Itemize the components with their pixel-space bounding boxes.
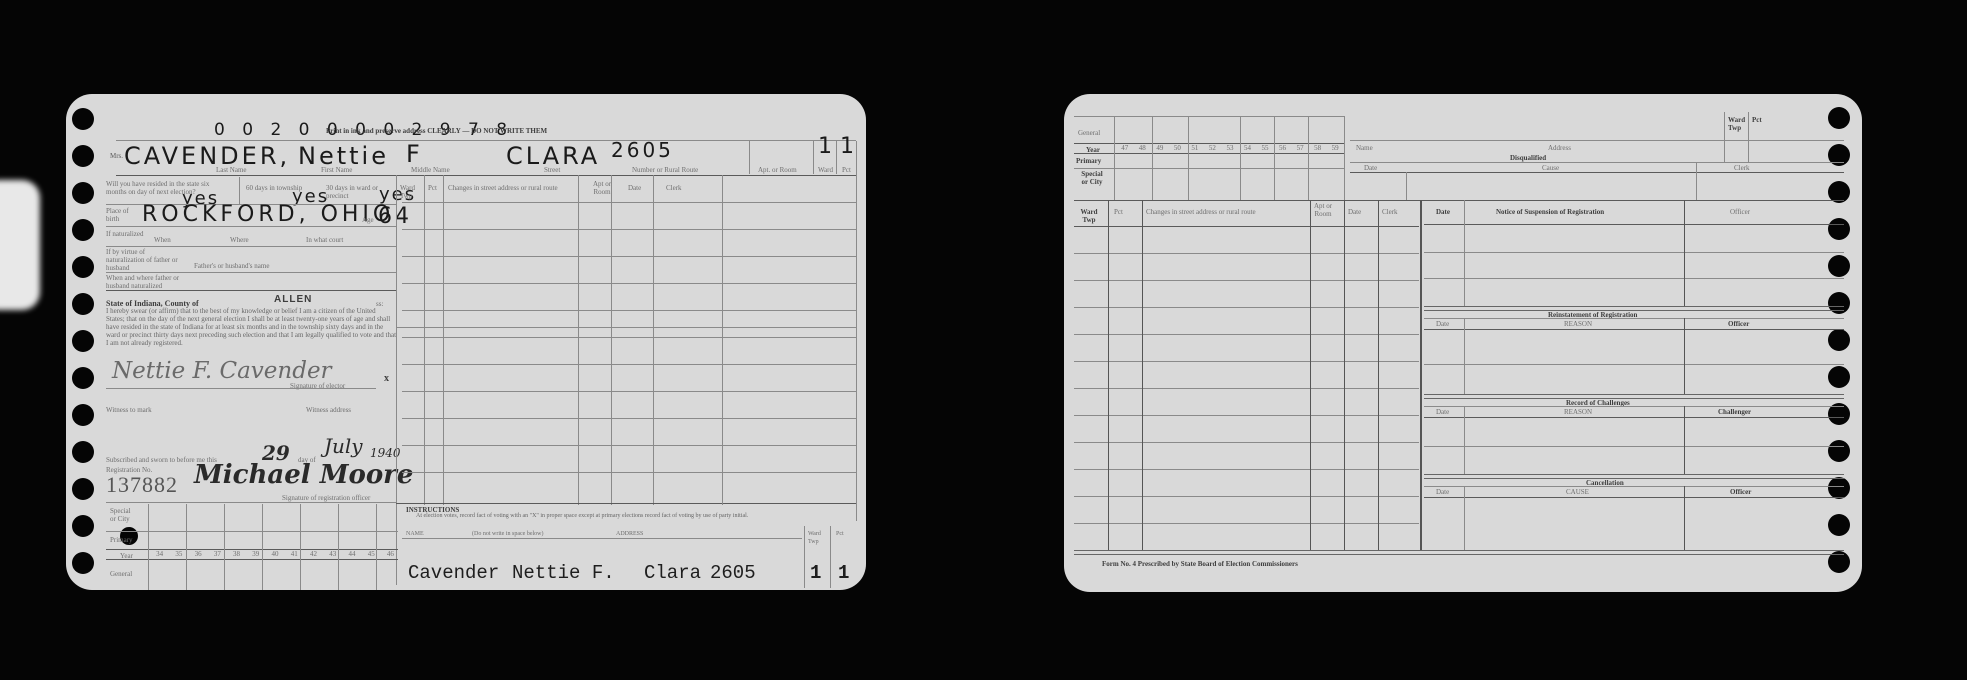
- back-changes-header-date: Date: [1348, 208, 1361, 216]
- year-cell: 48: [1134, 144, 1152, 152]
- grid-label-primary: Primary: [110, 536, 133, 544]
- label-first-name: First Name: [321, 166, 352, 174]
- label-naturalized-court: In what court: [306, 236, 343, 244]
- adjacent-card-fragment: [0, 180, 40, 310]
- bottom-label-pct: Pct: [836, 530, 844, 538]
- back-changes-header-ward: Ward Twp: [1078, 208, 1100, 224]
- label-place-of-birth: Place of birth: [106, 207, 136, 223]
- label-pct: Pct: [842, 166, 851, 174]
- changes-header-pct: Pct: [428, 184, 437, 192]
- transfer-label-ward: Ward Twp: [1728, 116, 1748, 132]
- suspension-header-notice: Notice of Suspension of Registration: [1496, 208, 1604, 216]
- title-prefix: Mrs.: [110, 152, 123, 161]
- changes-header-clerk: Clerk: [666, 184, 682, 192]
- changes-header-apt: Apt or Room: [592, 180, 612, 196]
- back-grid-label-special: Special or City: [1080, 170, 1104, 186]
- back-changes-header-address: Changes in street address or rural route: [1146, 208, 1256, 216]
- back-grid-label-primary: Primary: [1076, 157, 1101, 165]
- year-cell: 52: [1204, 144, 1222, 152]
- label-witness-to-mark: Witness to mark: [106, 406, 152, 414]
- year-cell: 34: [150, 550, 169, 558]
- elector-signature: Nettie F. Cavender: [112, 358, 332, 384]
- label-number: Number or Rural Route: [632, 166, 698, 174]
- year-cell: 57: [1291, 144, 1309, 152]
- pct-value: 1: [840, 134, 857, 159]
- grid-label-general: General: [110, 570, 132, 578]
- year-cell: 40: [265, 550, 284, 558]
- typed-number: 2605: [710, 562, 756, 584]
- ward-value: 1: [818, 134, 835, 159]
- year-cell: 42: [304, 550, 323, 558]
- typed-first-name: Nettie F.: [512, 562, 615, 584]
- typed-street: Clara: [644, 562, 701, 584]
- bottom-label-note: (Do not write in space below): [472, 530, 543, 538]
- transfer-label-date: Date: [1364, 164, 1377, 172]
- house-number-value: 2605: [611, 138, 674, 162]
- year-cell: 56: [1274, 144, 1292, 152]
- year-cell: 46: [381, 550, 400, 558]
- reinstatement-header-date: Date: [1436, 320, 1449, 328]
- changes-header-address: Changes in street address or rural route: [448, 184, 558, 192]
- signature-mark-x: x: [384, 374, 389, 383]
- registration-officer-signature: Michael Moore: [194, 460, 413, 490]
- last-name-value: CAVENDER,: [124, 142, 290, 170]
- back-changes-header-clerk: Clerk: [1382, 208, 1398, 216]
- front-registration-card: 0 0 2 0 0 0 0 2 9 7 8 Print in ink and p…: [66, 94, 866, 590]
- suspension-header-officer: Officer: [1730, 208, 1750, 216]
- year-cell: 58: [1309, 144, 1327, 152]
- label-last-name: Last Name: [216, 166, 247, 174]
- year-cell: 38: [227, 550, 246, 558]
- year-cell: 53: [1221, 144, 1239, 152]
- registration-number: 137882: [106, 472, 178, 498]
- label-naturalized-where: Where: [230, 236, 249, 244]
- middle-name-value: F: [406, 140, 423, 168]
- label-father-naturalized-when-where: When and where father or husband natural…: [106, 274, 201, 290]
- bottom-label-address: ADDRESS: [616, 530, 643, 538]
- label-registration-officer: Signature of registration officer: [282, 494, 370, 502]
- transfer-label-pct: Pct: [1752, 116, 1762, 124]
- oath-text: I hereby swear (or affirm) that to the b…: [106, 307, 396, 347]
- label-street: Street: [544, 166, 560, 174]
- changes-header-ward: Ward Twp: [400, 184, 424, 200]
- cancellation-header-cause: CAUSE: [1566, 488, 1589, 496]
- transfer-label-address: Address: [1548, 144, 1571, 152]
- label-middle-name: Middle Name: [411, 166, 450, 174]
- label-father-husband-name: Father's or husband's name: [194, 262, 269, 270]
- year-cell: 54: [1239, 144, 1257, 152]
- back-grid-years: 47 48 49 50 51 52 53 54 55 56 57 58 59: [1116, 144, 1344, 152]
- place-of-birth-value: ROCKFORD, OHIO: [142, 202, 394, 227]
- form-footer: Form No. 4 Prescribed by State Board of …: [1102, 560, 1298, 569]
- back-changes-header-apt: Apt or Room: [1312, 202, 1334, 218]
- year-cell: 44: [342, 550, 361, 558]
- year-cell: 50: [1169, 144, 1187, 152]
- bottom-label-ward: Ward Twp: [808, 530, 826, 546]
- reinstatement-header-reason: REASON: [1564, 320, 1592, 328]
- instructions-text: At election votes, record fact of voting…: [416, 513, 826, 520]
- year-cell: 49: [1151, 144, 1169, 152]
- transfer-label-name: Name: [1356, 144, 1373, 152]
- changes-header-date: Date: [628, 184, 641, 192]
- transfer-label-disqualified: Disqualified: [1510, 154, 1546, 162]
- year-cell: 55: [1256, 144, 1274, 152]
- grid-label-special: Special or City: [110, 507, 134, 523]
- reinstatement-header-officer: Officer: [1728, 320, 1749, 328]
- label-apt: Apt. or Room: [758, 166, 797, 174]
- label-age: Age: [362, 216, 374, 224]
- bottom-label-name: NAME: [406, 530, 424, 538]
- year-cell: 43: [323, 550, 342, 558]
- label-derivative-naturalization: If by virtue of naturalization of father…: [106, 248, 181, 272]
- front-grid-years: 34 35 36 37 38 39 40 41 42 43 44 45 46: [150, 550, 400, 558]
- label-naturalized-when: When: [154, 236, 171, 244]
- label-if-naturalized: If naturalized: [106, 230, 144, 238]
- challenges-header-reason: REASON: [1564, 408, 1592, 416]
- header-instruction: Print in ink and preserve address CLEARL…: [326, 127, 547, 136]
- back-grid-label-general: General: [1078, 129, 1100, 137]
- year-cell: 45: [362, 550, 381, 558]
- subscribed-month: July: [324, 434, 363, 458]
- back-changes-header-pct: Pct: [1114, 208, 1123, 216]
- cancellation-header-date: Date: [1436, 488, 1449, 496]
- transfer-label-cause: Cause: [1542, 164, 1559, 172]
- transfer-label-clerk: Clerk: [1734, 164, 1750, 172]
- year-cell: 59: [1326, 144, 1344, 152]
- year-cell: 47: [1116, 144, 1134, 152]
- typed-ward: 1: [810, 562, 821, 584]
- typed-last-name: Cavender: [408, 562, 499, 584]
- challenges-header-date: Date: [1436, 408, 1449, 416]
- county-value: ALLEN: [274, 295, 312, 304]
- challenges-header-challenger: Challenger: [1718, 408, 1751, 416]
- label-ward: Ward: [818, 166, 833, 174]
- typed-pct: 1: [838, 562, 849, 584]
- cancellation-header-officer: Officer: [1730, 488, 1751, 496]
- year-cell: 36: [188, 550, 207, 558]
- suspension-header-date: Date: [1436, 208, 1450, 216]
- label-witness-address: Witness address: [306, 406, 351, 414]
- back-registration-card: General Year Primary Special or City 47 …: [1064, 94, 1862, 592]
